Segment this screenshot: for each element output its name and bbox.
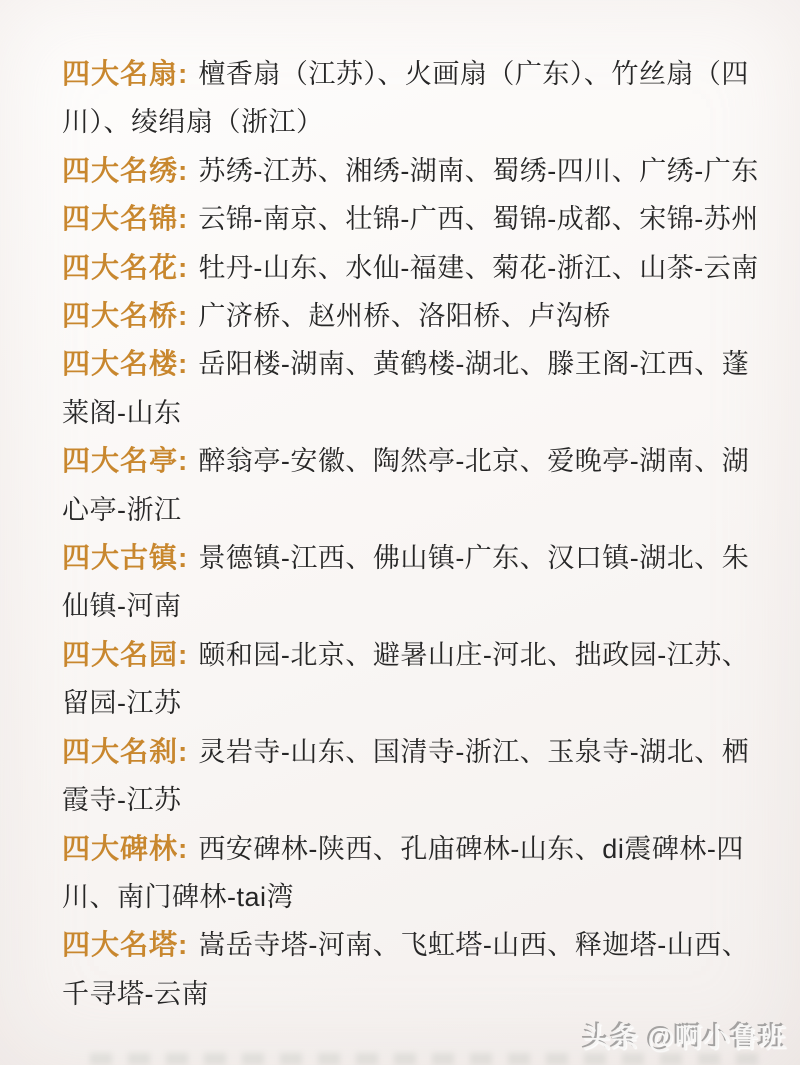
- entry-text: 苏绣-江苏、湘绣-湖南、蜀绣-四川、广绣-广东: [198, 156, 758, 186]
- entry-heading: 四大名园:: [62, 639, 188, 670]
- entry-heading: 四大名扇:: [62, 58, 188, 89]
- entry-heading: 四大古镇:: [62, 542, 188, 573]
- toutiao-watermark: 头条 @啊小鲁班: [583, 1016, 787, 1055]
- entry-famous-towers: 四大名楼:岳阳楼-湖南、黄鹤楼-湖北、滕王阁-江西、蓬莱阁-山东: [62, 340, 766, 437]
- entry-heading: 四大名绣:: [62, 155, 188, 186]
- entry-heading: 四大名刹:: [62, 736, 188, 767]
- entry-list: 四大名扇:檀香扇（江苏）、火画扇（广东）、竹丝扇（四川）、绫绢扇（浙江） 四大名…: [0, 0, 800, 1018]
- entry-text: 云锦-南京、壮锦-广西、蜀锦-成都、宋锦-苏州: [198, 204, 758, 234]
- entry-famous-brocade: 四大名锦:云锦-南京、壮锦-广西、蜀锦-成都、宋锦-苏州: [62, 195, 766, 243]
- entry-famous-bridges: 四大名桥:广济桥、赵州桥、洛阳桥、卢沟桥: [62, 292, 766, 340]
- entry-heading: 四大名塔:: [62, 929, 188, 960]
- entry-famous-embroidery: 四大名绣:苏绣-江苏、湘绣-湖南、蜀绣-四川、广绣-广东: [62, 147, 766, 195]
- entry-heading: 四大名锦:: [62, 203, 188, 234]
- entry-heading: 四大名花:: [62, 252, 188, 283]
- entry-heading: 四大名楼:: [62, 348, 188, 379]
- entry-stele-forests: 四大碑林:西安碑林-陕西、孔庙碑林-山东、di震碑林-四川、南门碑林-tai湾: [62, 825, 766, 922]
- entry-heading: 四大名亭:: [62, 445, 188, 476]
- entry-text: 广济桥、赵州桥、洛阳桥、卢沟桥: [198, 301, 611, 331]
- entry-famous-gardens: 四大名园:颐和园-北京、避暑山庄-河北、拙政园-江苏、留园-江苏: [62, 631, 766, 728]
- entry-famous-temples: 四大名刹:灵岩寺-山东、国清寺-浙江、玉泉寺-湖北、栖霞寺-江苏: [62, 728, 766, 825]
- entry-famous-pagodas: 四大名塔:嵩岳寺塔-河南、飞虹塔-山西、释迦塔-山西、千寻塔-云南: [62, 921, 766, 1018]
- entry-famous-flowers: 四大名花:牡丹-山东、水仙-福建、菊花-浙江、山茶-云南: [62, 244, 766, 292]
- cropped-text-edge: [90, 1053, 770, 1065]
- entry-heading: 四大名桥:: [62, 300, 188, 331]
- knowledge-card-page: 四大名扇:檀香扇（江苏）、火画扇（广东）、竹丝扇（四川）、绫绢扇（浙江） 四大名…: [0, 0, 800, 1065]
- entry-ancient-towns: 四大古镇:景德镇-江西、佛山镇-广东、汉口镇-湖北、朱仙镇-河南: [62, 534, 766, 631]
- entry-heading: 四大碑林:: [62, 833, 188, 864]
- entry-famous-pavilions: 四大名亭:醉翁亭-安徽、陶然亭-北京、爱晚亭-湖南、湖心亭-浙江: [62, 437, 766, 534]
- entry-text: 牡丹-山东、水仙-福建、菊花-浙江、山茶-云南: [198, 253, 758, 283]
- entry-famous-fans: 四大名扇:檀香扇（江苏）、火画扇（广东）、竹丝扇（四川）、绫绢扇（浙江）: [62, 50, 766, 147]
